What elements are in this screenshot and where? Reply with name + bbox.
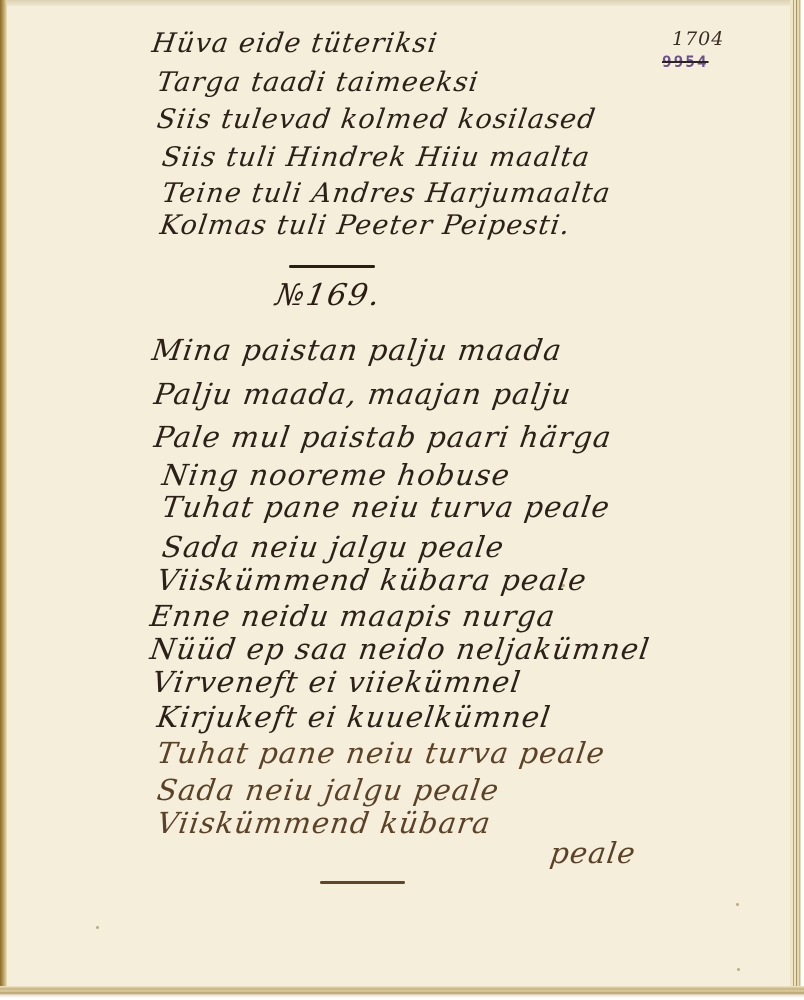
manuscript-scan: 1704 9954 Hüva eide tüteriksi Targa taad…: [0, 0, 804, 1000]
paper-speck: [96, 926, 99, 929]
verse-line: Tuhat pane neiu turva peale: [155, 736, 607, 770]
verse-line: Kirjukeft ei kuuelkümnel: [155, 700, 553, 734]
verse-line: Siis tuli Hindrek Hiiu maalta: [160, 142, 592, 173]
section-heading: №169.: [273, 278, 384, 313]
verse-line: Virveneft ei viiekümnel: [150, 665, 524, 699]
verse-line: Targa taadi taimeeksi: [155, 67, 481, 98]
verse-line: Nüüd ep saa neido neljakümnel: [148, 632, 652, 666]
paper-top-edge: [0, 0, 804, 6]
verse-line: Siis tulevad kolmed kosilased: [155, 104, 598, 135]
verse-line: Enne neidu maapis nurga: [148, 599, 558, 633]
verse-line: Pale mul paistab paari härga: [152, 420, 614, 454]
verse-line: Kolmas tuli Peeter Peipesti.: [158, 210, 573, 241]
verse-line: Sada neiu jalgu peale: [160, 530, 507, 564]
section-divider: [289, 265, 375, 268]
paper-speck: [737, 968, 740, 971]
verse-line: Hüva eide tüteriksi: [150, 28, 440, 59]
verse-line: Viiskümmend kübara peale: [155, 563, 589, 597]
stacked-page-edges: [790, 0, 804, 1000]
verse-line: Tuhat pane neiu turva peale: [160, 490, 612, 524]
verse-line: Mina paistan palju maada: [150, 333, 565, 367]
verse-line: Sada neiu jalgu peale: [155, 773, 502, 807]
paper-bottom-edge: [0, 986, 804, 1000]
crossed-out-page-number: 9954: [662, 52, 709, 71]
end-divider: [320, 881, 405, 884]
verse-line: Ning nooreme hobuse: [160, 458, 513, 492]
archive-page-number: 1704: [672, 28, 724, 50]
paper-speck: [736, 903, 739, 906]
verse-line: Teine tuli Andres Harjumaalta: [160, 178, 613, 209]
binding-shadow: [0, 0, 7, 1000]
verse-line: Palju maada, maajan palju: [152, 377, 574, 411]
verse-line: Viiskümmend kübara: [155, 806, 493, 840]
verse-line: peale: [548, 836, 638, 870]
